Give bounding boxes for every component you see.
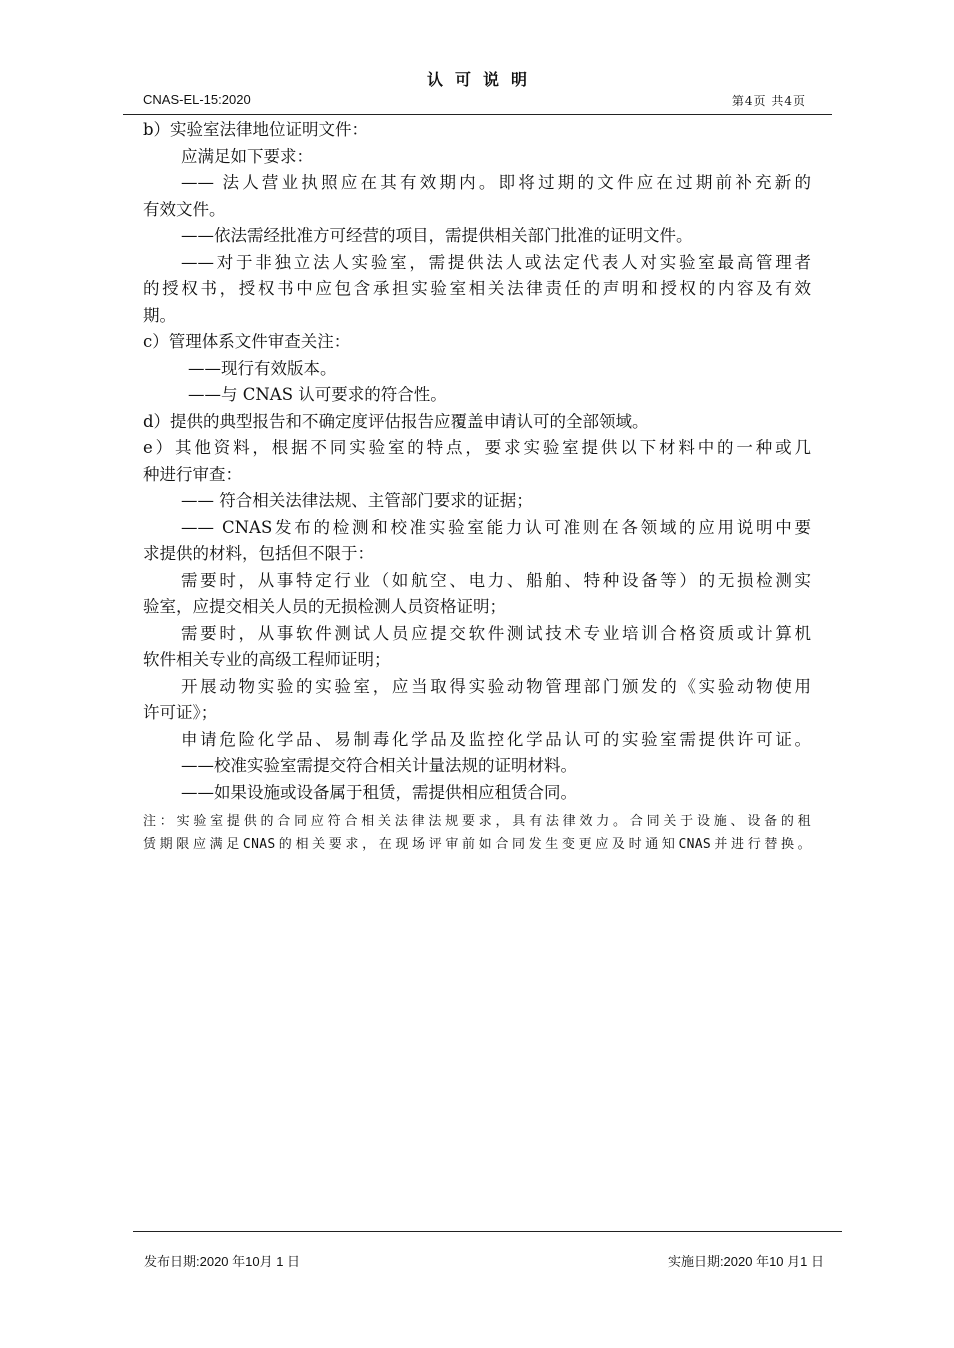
section-b-heading: b）实验室法律地位证明文件： (143, 117, 811, 144)
note-line: 注：实验室提供的合同应符合相关法律法规要求，具有法律效力。合同关于设施、设备的租 (143, 810, 811, 833)
paragraph-line: 求提供的材料，包括但不限于： (143, 541, 811, 568)
issue-date: 发布日期:2020 年10月 1 日 (144, 1251, 300, 1270)
paragraph-line: 许可证》； (143, 700, 811, 727)
note-line: 赁期限应满足CNAS的相关要求，在现场评审前如合同发生变更应及时通知CNAS并进… (143, 833, 811, 856)
paragraph-line: ——现行有效版本。 (143, 356, 811, 383)
paragraph-line: 期。 (143, 303, 811, 330)
effective-date: 实施日期:2020 年10 月1 日 (668, 1251, 824, 1270)
page-indicator: 第4页 共4页 (732, 92, 806, 109)
paragraph-line: 有效文件。 (143, 197, 811, 224)
paragraph-line: 的授权书，授权书中应包含承担实验室相关法律责任的声明和授权的内容及有效 (143, 276, 811, 303)
paragraph-line: 开展动物实验的实验室，应当取得实验动物管理部门颁发的《实验动物使用 (143, 674, 811, 701)
document-title: 认可说明 (0, 67, 954, 90)
paragraph-line: ——如果设施或设备属于租赁，需提供相应租赁合同。 (143, 780, 811, 807)
document-body: b）实验室法律地位证明文件： 应满足如下要求： —— 法人营业执照应在其有效期内… (143, 117, 811, 856)
section-d-heading: d）提供的典型报告和不确定度评估报告应覆盖申请认可的全部领域。 (143, 409, 811, 436)
paragraph-line: —— 法人营业执照应在其有效期内。即将过期的文件应在过期前补充新的 (143, 170, 811, 197)
paragraph-line: 种进行审查： (143, 462, 811, 489)
paragraph-line: 应满足如下要求： (143, 144, 811, 171)
paragraph-line: 需要时，从事软件测试人员应提交软件测试技术专业培训合格资质或计算机 (143, 621, 811, 648)
paragraph-line: 申请危险化学品、易制毒化学品及监控化学品认可的实验室需提供许可证。 (143, 727, 811, 754)
paragraph-line: ——校准实验室需提交符合相关计量法规的证明材料。 (143, 753, 811, 780)
paragraph-line: ——对于非独立法人实验室，需提供法人或法定代表人对实验室最高管理者 (143, 250, 811, 277)
paragraph-line: ——依法需经批准方可经营的项目，需提供相关部门批准的证明文件。 (143, 223, 811, 250)
header-divider (123, 114, 832, 115)
paragraph-line: —— 符合相关法律法规、主管部门要求的证据； (143, 488, 811, 515)
section-e-heading: e）其他资料，根据不同实验室的特点，要求实验室提供以下材料中的一种或几 (143, 435, 811, 462)
section-c-heading: c）管理体系文件审查关注： (143, 329, 811, 356)
paragraph-line: ——与 CNAS 认可要求的符合性。 (143, 382, 811, 409)
document-code: CNAS-EL-15:2020 (143, 92, 251, 107)
footer-divider (133, 1231, 842, 1232)
paragraph-line: 需要时，从事特定行业（如航空、电力、船舶、特种设备等）的无损检测实 (143, 568, 811, 595)
paragraph-line: 验室，应提交相关人员的无损检测人员资格证明； (143, 594, 811, 621)
paragraph-line: 软件相关专业的高级工程师证明； (143, 647, 811, 674)
paragraph-line: —— CNAS发布的检测和校准实验室能力认可准则在各领域的应用说明中要 (143, 515, 811, 542)
